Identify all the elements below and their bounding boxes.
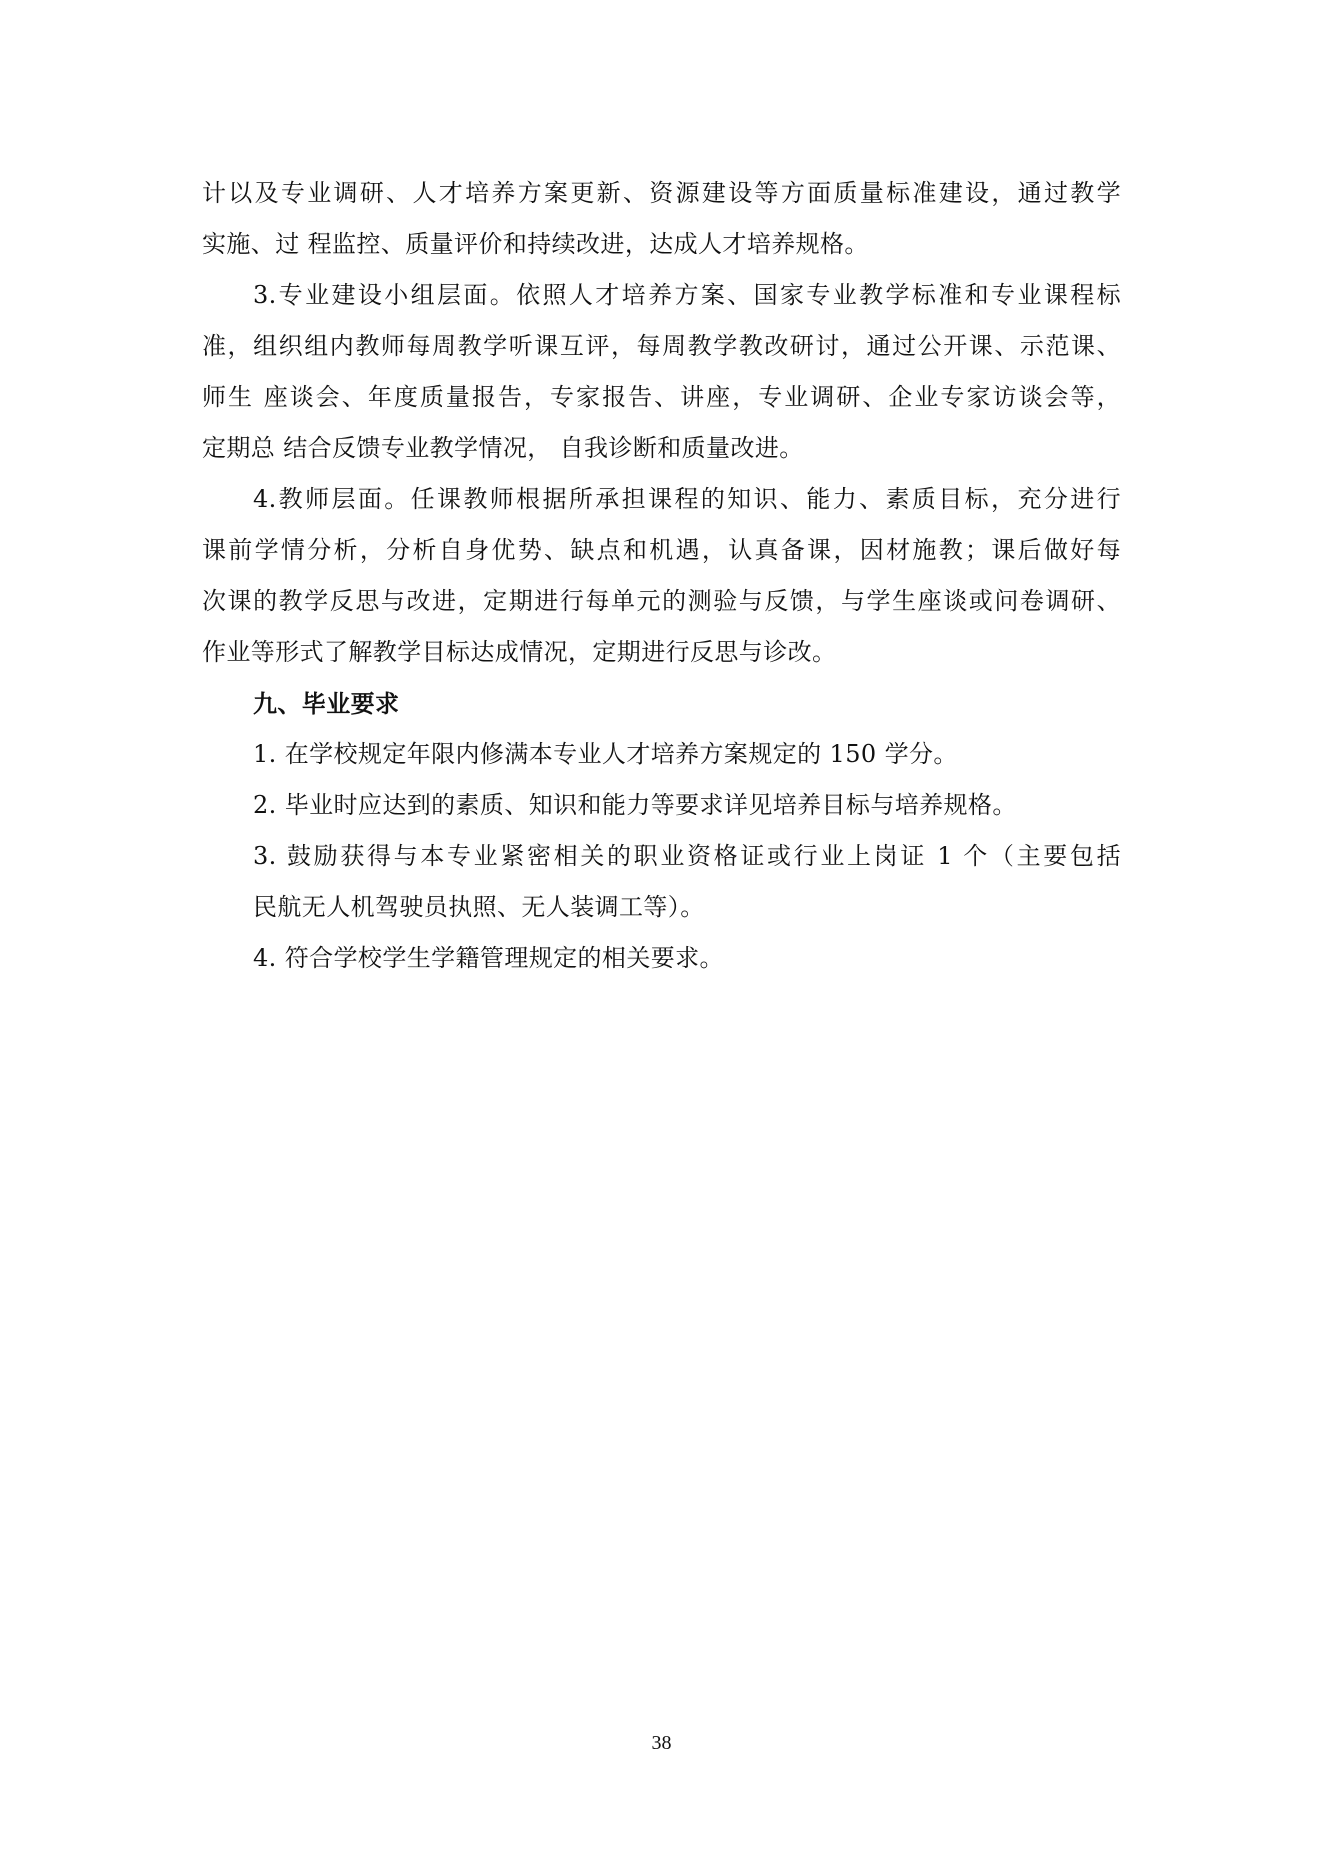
- paragraph-line: 课前学情分析，分析自身优势、缺点和机遇，认真备课，因材施教；课后做好每: [202, 525, 1121, 576]
- requirement-item: 2. 毕业时应达到的素质、知识和能力等要求详见培养目标与培养规格。: [253, 780, 1017, 831]
- paragraph-line: 定期总 结合反馈专业教学情况， 自我诊断和质量改进。: [202, 423, 804, 474]
- document-page: 计以及专业调研、人才培养方案更新、资源建设等方面质量标准建设，通过教学 实施、过…: [0, 0, 1323, 1871]
- requirement-item: 4. 符合学校学生学籍管理规定的相关要求。: [253, 933, 724, 984]
- requirement-item: 1. 在学校规定年限内修满本专业人才培养方案规定的 150 学分。: [253, 729, 958, 780]
- requirement-item-continuation: 民航无人机驾驶员执照、无人装调工等）。: [253, 882, 705, 933]
- paragraph-line: 次课的教学反思与改进，定期进行每单元的测验与反馈，与学生座谈或问卷调研、: [202, 576, 1121, 627]
- section-heading: 九、毕业要求: [253, 678, 399, 729]
- paragraph-line: 3.专业建设小组层面。依照人才培养方案、国家专业教学标准和专业课程标: [253, 270, 1121, 321]
- requirement-item: 3. 鼓励获得与本专业紧密相关的职业资格证或行业上岗证 1 个（主要包括: [253, 831, 1121, 882]
- paragraph-line: 作业等形式了解教学目标达成情况，定期进行反思与诊改。: [202, 627, 836, 678]
- paragraph-line: 准，组织组内教师每周教学听课互评，每周教学教改研讨，通过公开课、示范课、: [202, 321, 1121, 372]
- paragraph-line: 师生 座谈会、年度质量报告，专家报告、讲座，专业调研、企业专家访谈会等，: [202, 372, 1121, 423]
- page-number: 38: [0, 1728, 1323, 1758]
- paragraph-line: 4.教师层面。任课教师根据所承担课程的知识、能力、素质目标，充分进行: [253, 474, 1121, 525]
- paragraph-line: 实施、过 程监控、质量评价和持续改进，达成人才培养规格。: [202, 219, 869, 270]
- paragraph-line: 计以及专业调研、人才培养方案更新、资源建设等方面质量标准建设，通过教学: [202, 168, 1121, 219]
